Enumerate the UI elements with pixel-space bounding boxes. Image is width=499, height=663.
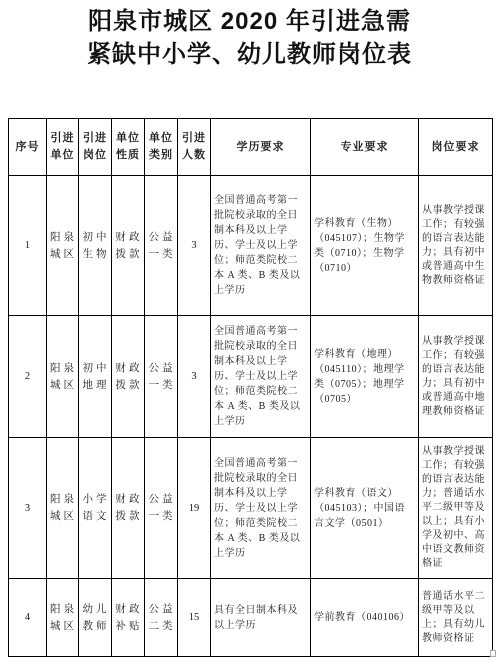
job-positions-table: 序号 引进单位 引进岗位 单位性质 单位类别 引进人数 学历要求 专业要求 岗位…	[8, 118, 493, 657]
table-row: 1 阳泉城区 初中生物 财政拨款 公益一类 3 全国普通高考第一批院校录取的全日…	[9, 176, 493, 316]
cell-major: 学科教育（生物）（045107）；生物学类（0710）；生物学（0710）	[311, 176, 419, 316]
col-header-major: 专业要求	[311, 119, 419, 176]
cell-seq: 2	[9, 316, 47, 438]
cell-post: 幼儿教师	[79, 579, 112, 657]
title-line-1: 阳泉市城区 2020 年引进急需	[0, 5, 499, 38]
table-row: 3 阳泉城区 小学语文 财政拨款 公益一类 19 全国普通高考第一批院校录取的全…	[9, 438, 493, 579]
col-header-post: 引进岗位	[79, 119, 112, 176]
corner-cursor-artifact	[490, 650, 496, 657]
cell-requirement: 普通话水平二级甲等及以上；具有幼儿教师资格证	[419, 579, 493, 657]
cell-count: 15	[178, 579, 211, 657]
cell-nature: 财政补贴	[112, 579, 145, 657]
col-header-education: 学历要求	[211, 119, 311, 176]
table-row: 2 阳泉城区 初中地理 财政拨款 公益一类 3 全国普通高考第一批院校录取的全日…	[9, 316, 493, 438]
cell-education: 具有全日制本科及以上学历	[211, 579, 311, 657]
cell-unit: 阳泉城区	[47, 579, 79, 657]
page-title: 阳泉市城区 2020 年引进急需 紧缺中小学、幼儿教师岗位表	[0, 0, 499, 71]
cell-nature: 财政拨款	[112, 438, 145, 579]
cell-seq: 4	[9, 579, 47, 657]
col-header-seq: 序号	[9, 119, 47, 176]
table-row: 4 阳泉城区 幼儿教师 财政补贴 公益二类 15 具有全日制本科及以上学历 学前…	[9, 579, 493, 657]
col-header-count: 引进人数	[178, 119, 211, 176]
col-header-unit: 引进单位	[47, 119, 79, 176]
cell-count: 3	[178, 176, 211, 316]
col-header-category: 单位类别	[145, 119, 178, 176]
cell-nature: 财政拨款	[112, 316, 145, 438]
cell-requirement: 从事教学授课工作；有较强的语言表达能力；具有初中或普通高中生物教师资格证	[419, 176, 493, 316]
table-header-row: 序号 引进单位 引进岗位 单位性质 单位类别 引进人数 学历要求 专业要求 岗位…	[9, 119, 493, 176]
cell-post: 初中生物	[79, 176, 112, 316]
cell-unit: 阳泉城区	[47, 316, 79, 438]
cell-post: 小学语文	[79, 438, 112, 579]
cell-major: 学科教育（语文）（045103）；中国语言文学（0501）	[311, 438, 419, 579]
cell-unit: 阳泉城区	[47, 176, 79, 316]
cell-category: 公益一类	[145, 438, 178, 579]
cell-education: 全国普通高考第一批院校录取的全日制本科及以上学历、学士及以上学位；师范类院校二本…	[211, 176, 311, 316]
cell-seq: 3	[9, 438, 47, 579]
col-header-nature: 单位性质	[112, 119, 145, 176]
cell-requirement: 从事教学授课工作；有较强的语言表达能力；普通话水平二级甲等及以上；具有小学及初中…	[419, 438, 493, 579]
cell-category: 公益一类	[145, 176, 178, 316]
title-line-2: 紧缺中小学、幼儿教师岗位表	[0, 38, 499, 71]
cell-major: 学科教育（地理）（045110）；地理学类（0705）；地理学（0705）	[311, 316, 419, 438]
cell-post: 初中地理	[79, 316, 112, 438]
col-header-requirement: 岗位要求	[419, 119, 493, 176]
cell-education: 全国普通高考第一批院校录取的全日制本科及以上学历、学士及以上学位；师范类院校二本…	[211, 438, 311, 579]
cell-education: 全国普通高考第一批院校录取的全日制本科及以上学历、学士及以上学位；师范类院校二本…	[211, 316, 311, 438]
cell-unit: 阳泉城区	[47, 438, 79, 579]
cell-category: 公益二类	[145, 579, 178, 657]
cell-requirement: 从事教学授课工作；有较强的语言表达能力；具有初中或普通高中地理教师资格证	[419, 316, 493, 438]
cell-category: 公益一类	[145, 316, 178, 438]
cell-count: 19	[178, 438, 211, 579]
cell-count: 3	[178, 316, 211, 438]
cell-major: 学前教育（040106）	[311, 579, 419, 657]
cell-nature: 财政拨款	[112, 176, 145, 316]
cell-seq: 1	[9, 176, 47, 316]
